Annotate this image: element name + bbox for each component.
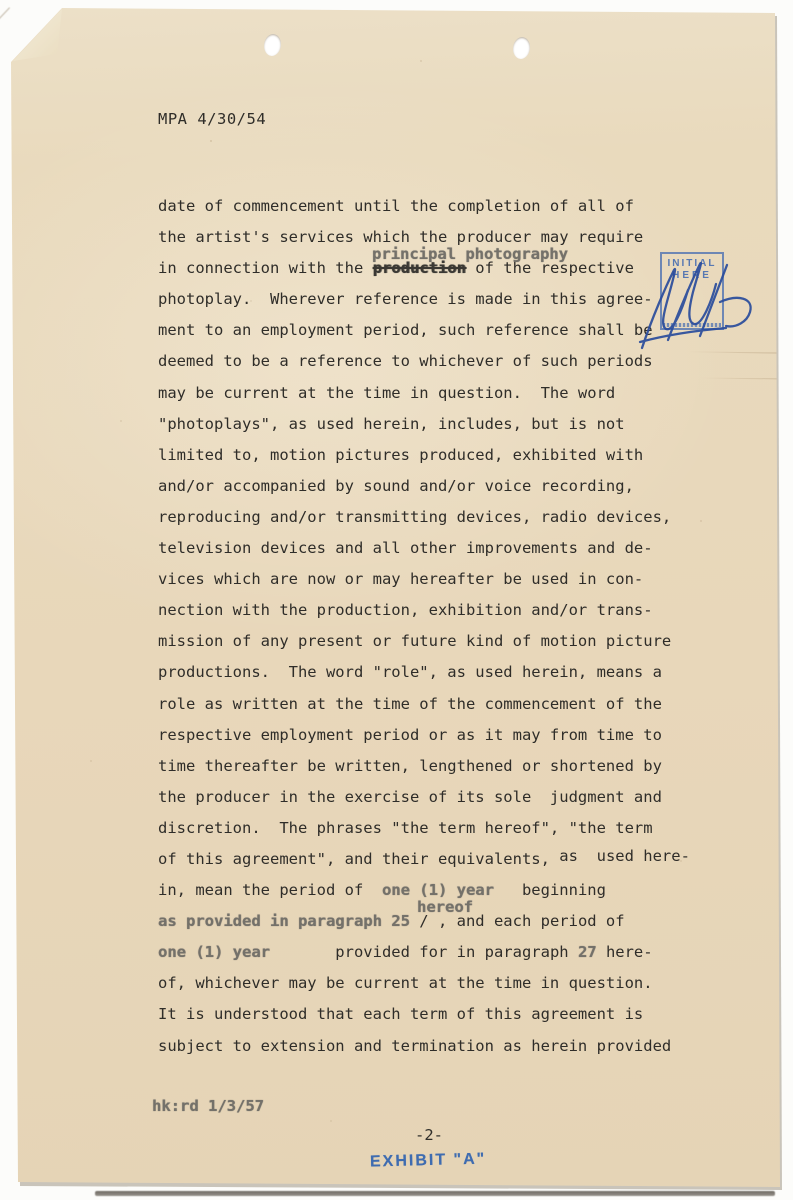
typist-initials-date: hk:rd 1/3/57	[152, 1097, 264, 1115]
typed-text: ment to an employment period, such refer…	[158, 321, 653, 339]
typed-text: productions. The word "role", as used he…	[158, 663, 662, 681]
typed-text: here-	[597, 943, 653, 961]
stamp-bottom-bar	[663, 323, 721, 327]
typed-line: television devices and all other improve…	[158, 539, 718, 570]
typed-text: vices which are now or may hereafter be …	[158, 570, 643, 588]
typed-insert: as provided in paragraph 25	[158, 912, 410, 930]
typed-line: mission of any present or future kind of…	[158, 632, 718, 663]
typed-insert: one (1) year	[382, 881, 494, 899]
typed-line: date of commencement until the completio…	[158, 197, 718, 228]
typed-text: deemed to be a reference to whichever of…	[158, 352, 653, 370]
typed-line: time thereafter be written, lengthened o…	[158, 757, 718, 788]
typed-text: as used here-	[559, 847, 690, 865]
typed-text: date of commencement until the completio…	[158, 197, 634, 215]
exhibit-stamp: EXHIBIT "A"	[370, 1150, 487, 1171]
typed-text: provided for in paragraph	[270, 943, 578, 961]
page-number: -2-	[394, 1126, 464, 1144]
typed-line: respective employment period or as it ma…	[158, 726, 718, 757]
page-bottom-shadow	[95, 1191, 775, 1196]
document-page: MPA 4/30/54 date of commencement until t…	[0, 0, 793, 1200]
initial-here-stamp: INITIAL HERE	[660, 252, 724, 330]
typed-line: vices which are now or may hereafter be …	[158, 570, 718, 601]
typed-line: of this agreement", and their equivalent…	[158, 850, 718, 881]
typed-body: date of commencement until the completio…	[158, 197, 718, 1068]
typed-line: one (1) year provided for in paragraph 2…	[158, 943, 718, 974]
typed-line: nection with the production, exhibition …	[158, 601, 718, 632]
typed-text: in connection with the	[158, 259, 373, 277]
typed-text: role as written at the time of the comme…	[158, 695, 662, 713]
typed-text: of this agreement", and their equivalent…	[158, 850, 559, 868]
typed-line: and/or accompanied by sound and/or voice…	[158, 477, 718, 508]
typed-text: "photoplays", as used herein, includes, …	[158, 415, 625, 433]
typed-text: It is understood that each term of this …	[158, 1005, 643, 1023]
typed-insert: one (1) year	[158, 943, 270, 961]
typed-line: productions. The word "role", as used he…	[158, 663, 718, 694]
typed-insert: 27	[578, 943, 597, 961]
typed-text: and/or accompanied by sound and/or voice…	[158, 477, 634, 495]
typed-line: subject to extension and termination as …	[158, 1037, 718, 1068]
typed-line: the producer in the exercise of its sole…	[158, 788, 718, 819]
typed-text: discretion. The phrases "the term hereof…	[158, 819, 653, 837]
document-reference: MPA 4/30/54	[158, 110, 266, 128]
typed-text: of, whichever may be current at the time…	[158, 974, 653, 992]
typed-line: "photoplays", as used herein, includes, …	[158, 415, 718, 446]
typed-line: reproducing and/or transmitting devices,…	[158, 508, 718, 539]
paper-texture	[0, 0, 2, 2]
typed-text: the artist's services which the producer…	[158, 228, 643, 246]
typed-line: It is understood that each term of this …	[158, 1005, 718, 1036]
typed-line: photoplay. Wherever reference is made in…	[158, 290, 718, 321]
fold-crease-line	[0, 7, 10, 63]
typed-text: may be current at the time in question. …	[158, 384, 615, 402]
typed-line: principal photographyin connection with …	[158, 259, 718, 290]
typed-text: time thereafter be written, lengthened o…	[158, 757, 662, 775]
typed-line: of, whichever may be current at the time…	[158, 974, 718, 1005]
typed-line: deemed to be a reference to whichever of…	[158, 352, 718, 383]
typed-text: subject to extension and termination as …	[158, 1037, 671, 1055]
typed-text: mission of any present or future kind of…	[158, 632, 671, 650]
typed-line: discretion. The phrases "the term hereof…	[158, 819, 718, 850]
typed-text: in, mean the period of	[158, 881, 382, 899]
typed-line: role as written at the time of the comme…	[158, 695, 718, 726]
typed-text: photoplay. Wherever reference is made in…	[158, 290, 653, 308]
typed-text: nection with the production, exhibition …	[158, 601, 653, 619]
struck-word: production	[373, 259, 466, 277]
interlinear-insert: hereof	[417, 898, 473, 916]
typed-line: ment to an employment period, such refer…	[158, 321, 718, 352]
typed-line: hereofas provided in paragraph 25 / , an…	[158, 912, 718, 943]
typed-text: respective employment period or as it ma…	[158, 726, 662, 744]
typed-text: reproducing and/or transmitting devices,…	[158, 508, 671, 526]
typed-text: beginning	[494, 881, 606, 899]
stamp-line1: INITIAL	[662, 258, 722, 269]
stamp-line2: HERE	[662, 270, 722, 281]
typed-line: limited to, motion pictures produced, ex…	[158, 446, 718, 477]
typed-text: television devices and all other improve…	[158, 539, 653, 557]
typed-line: may be current at the time in question. …	[158, 384, 718, 415]
typed-text: limited to, motion pictures produced, ex…	[158, 446, 643, 464]
typed-text: the producer in the exercise of its sole…	[158, 788, 662, 806]
